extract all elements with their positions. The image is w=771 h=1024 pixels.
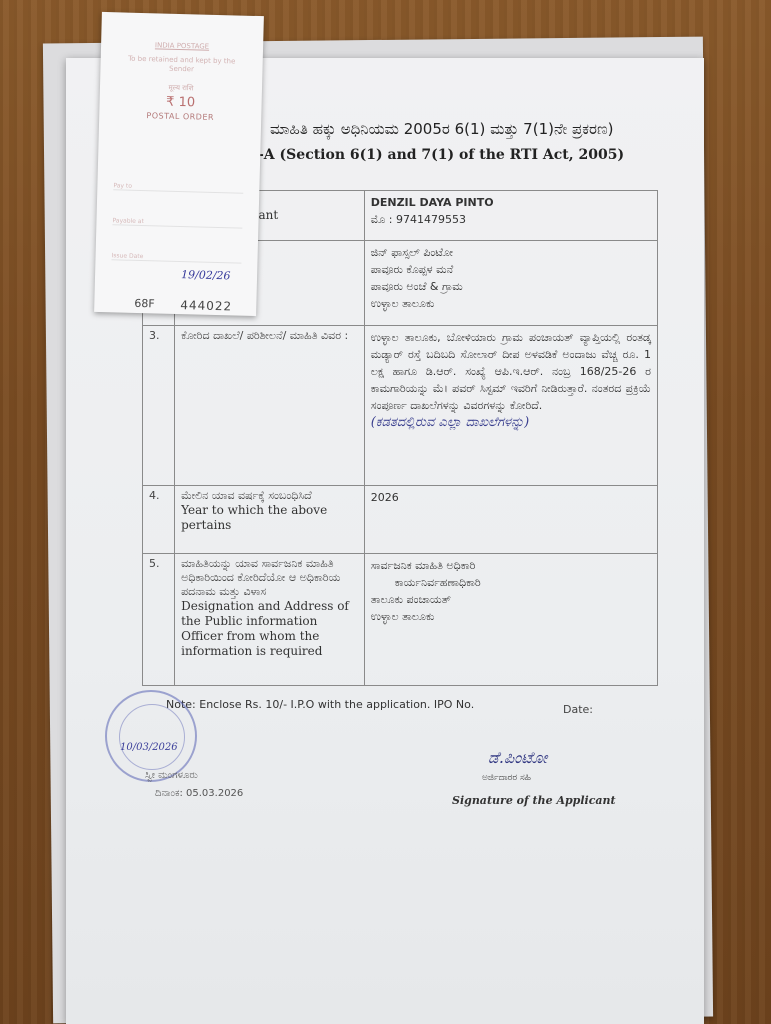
table-row: 5. ಮಾಹಿತಿಯನ್ನು ಯಾವ ಸಾರ್ವಜನಿಕ ಮಾಹಿತಿ ಅಧಿಕ… bbox=[143, 554, 658, 686]
year-value: 2026 bbox=[364, 486, 657, 554]
postal-serial-number: 444022 bbox=[180, 298, 232, 313]
postal-title: POSTAL ORDER bbox=[99, 110, 261, 123]
signature-label: Signature of the Applicant bbox=[452, 794, 616, 807]
postal-header: INDIA POSTAGE bbox=[101, 40, 263, 52]
row-number: 5. bbox=[143, 554, 175, 686]
information-details-label: ಕೋರಿದ ದಾಖಲೆ/ ಪರಿಶೀಲನೆ/ ಮಾಹಿತಿ ವಿವರ : bbox=[175, 326, 365, 486]
applicant-name-value: DENZIL DAYA PINTO ಮೊ : 9741479553 bbox=[364, 191, 657, 241]
office-seal-stamp bbox=[105, 690, 197, 782]
postal-order-slip: INDIA POSTAGE To be retained and kept by… bbox=[94, 12, 264, 316]
ipo-note: Note: Enclose Rs. 10/- I.P.O with the ap… bbox=[166, 698, 474, 711]
postal-amount: ₹ 10 bbox=[99, 93, 261, 112]
postal-field: Payable at bbox=[112, 217, 242, 228]
applicant-phone: ಮೊ : 9741479553 bbox=[371, 211, 651, 228]
table-row: 3. ಕೋರಿದ ದಾಖಲೆ/ ಪರಿಶೀಲನೆ/ ಮಾಹಿತಿ ವಿವರ : … bbox=[143, 326, 658, 486]
pio-address: ಸಾರ್ವಜನಿಕ ಮಾಹಿತಿ ಅಧಿಕಾರಿ ಕಾರ್ಯನಿರ್ವಹಣಾಧಿ… bbox=[364, 554, 657, 686]
signature-name-kannada: ಅರ್ಜಿದಾರರ ಸಹಿ bbox=[482, 773, 531, 783]
postal-serial-prefix: 68F bbox=[134, 297, 155, 311]
applicant-address: ಜಿನ್ ಫಾಸ್ಸಲ್ ಪಿಂಟೋ ಪಾವೂರು ಕೊಪ್ಪಳ ಮನೆ ಪಾವ… bbox=[364, 241, 657, 326]
seal-received-date: 10/03/2026 bbox=[120, 742, 178, 753]
table-row: 4. ಮೇಲಿನ ಯಾವ ವರ್ಷಕ್ಕೆ ಸಂಬಂಧಿಸಿದೆ Year to… bbox=[143, 486, 658, 554]
year-label: ಮೇಲಿನ ಯಾವ ವರ್ಷಕ್ಕೆ ಸಂಬಂಧಿಸಿದೆ Year to wh… bbox=[175, 486, 365, 554]
applicant-signature: ಡೆ.ಪಿಂಟೋ bbox=[488, 748, 547, 768]
handwritten-addition: (ಕಡತದಲ್ಲಿರುವ ಎಲ್ಲಾ ದಾಖಲೆಗಳನ್ನು) bbox=[371, 414, 651, 431]
date-label: Date: bbox=[563, 703, 593, 716]
pio-label: ಮಾಹಿತಿಯನ್ನು ಯಾವ ಸಾರ್ವಜನಿಕ ಮಾಹಿತಿ ಅಧಿಕಾರಿ… bbox=[175, 554, 365, 686]
applicant-name: DENZIL DAYA PINTO bbox=[371, 194, 651, 211]
postal-field: Pay to bbox=[113, 182, 243, 193]
postal-field: Issue Date bbox=[111, 252, 241, 263]
seal-place: ಸ್ವೀ ಮಂಗಳೂರು bbox=[145, 770, 198, 781]
seal-dated: ದಿನಾಂಕ: 05.03.2026 bbox=[155, 788, 243, 799]
form-title-kannada: ಮಾಹಿತಿ ಹಕ್ಕು ಅಧಿನಿಯಮ 2005ರ 6(1) ಮತ್ತು 7(… bbox=[270, 120, 613, 138]
form-title-english: -A (Section 6(1) and 7(1) of the RTI Act… bbox=[258, 147, 624, 163]
information-details-value: ಉಳ್ಳಾಲ ತಾಲೂಕು, ಬೋಳಿಯಾರು ಗ್ರಾಮ ಪಂಚಾಯತ್ ವ್… bbox=[364, 326, 657, 486]
seal-emblem-icon bbox=[119, 704, 185, 770]
postal-handwritten-date: 19/02/26 bbox=[181, 268, 231, 282]
row-number: 3. bbox=[143, 326, 175, 486]
postal-instructions: To be retained and kept by the Sender bbox=[118, 54, 244, 75]
row-number: 4. bbox=[143, 486, 175, 554]
